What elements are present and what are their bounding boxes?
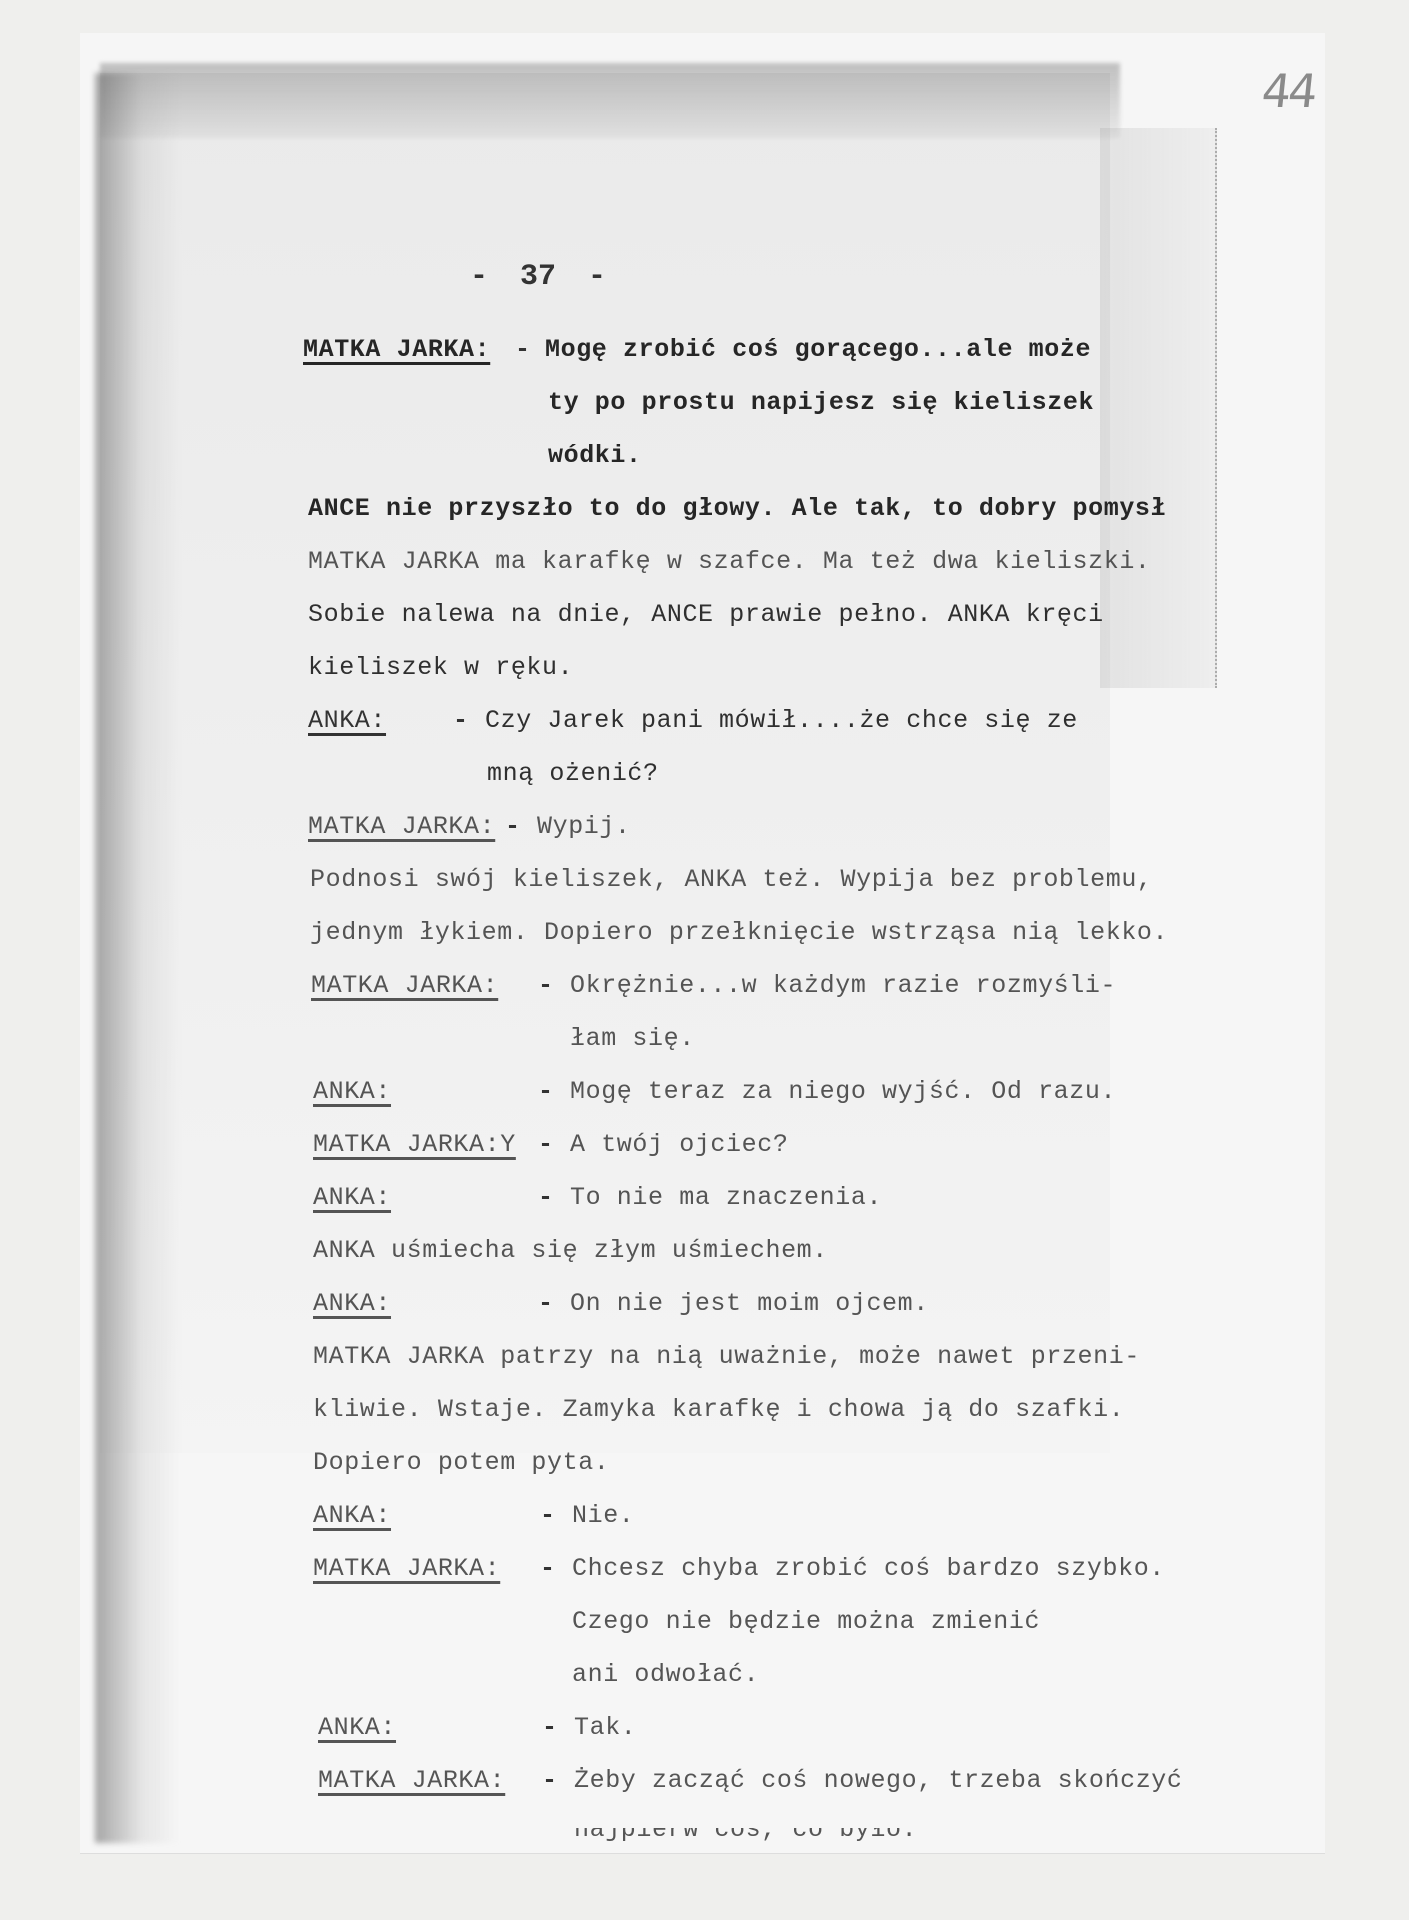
dialogue-dash: - [538, 971, 553, 1000]
speaker-label: MATKA JARKA: [308, 812, 495, 841]
photocopy-shadow-top [100, 63, 1120, 138]
photocopy-shadow-right [1100, 128, 1217, 688]
dialogue-line: Tak. [574, 1713, 636, 1742]
speaker-label: MATKA JARKA: [311, 971, 498, 1000]
typed-page-number: - 37 - [470, 260, 606, 294]
dialogue-line: ani odwołać. [572, 1660, 759, 1689]
speaker-label: ANKA: [308, 706, 386, 735]
dialogue-line: Żeby zacząć coś nowego, trzeba skończyć [574, 1766, 1183, 1795]
stage-direction: jednym łykiem. Dopiero przełknięcie wstr… [310, 918, 1168, 947]
photocopy-shadow-left [95, 73, 180, 1843]
dialogue-line: On nie jest moim ojcem. [570, 1289, 929, 1318]
speaker-label: ANKA: [313, 1289, 391, 1318]
dialogue-line: A twój ojciec? [570, 1130, 788, 1159]
dialogue-line: Mogę teraz za niego wyjść. Od razu. [570, 1077, 1116, 1106]
stage-direction: Dopiero potem pyta. [313, 1448, 609, 1477]
dialogue-dash: - [515, 335, 530, 364]
dialogue-line: mną ożenić? [487, 759, 659, 788]
speaker-label: MATKA JARKA:Y [313, 1130, 516, 1159]
dialogue-line: Chcesz chyba zrobić coś bardzo szybko. [572, 1554, 1165, 1583]
dialogue-dash: - [505, 812, 520, 841]
dialogue-line: Okrężnie...w każdym razie rozmyśli- [570, 971, 1116, 1000]
dialogue-dash: - [538, 1289, 553, 1318]
dialogue-dash: - [542, 1713, 557, 1742]
dialogue-line: Wypij. [537, 812, 631, 841]
archive-page-number: 44 [1259, 64, 1317, 118]
speaker-label: ANKA: [318, 1713, 396, 1742]
stage-direction: ANKA uśmiecha się złym uśmiechem. [313, 1236, 828, 1265]
dialogue-line: Czego nie będzie można zmienić [572, 1607, 1040, 1636]
dialogue-line: wódki. [548, 441, 642, 470]
speaker-label: ANKA: [313, 1183, 391, 1212]
dialogue-line: To nie ma znaczenia. [570, 1183, 882, 1212]
dialogue-line: Mogę zrobić coś gorącego...ale może [545, 335, 1091, 364]
speaker-label: MATKA JARKA: [318, 1766, 505, 1795]
dialogue-line: Nie. [572, 1501, 634, 1530]
stage-direction: kliwie. Wstaje. Zamyka karafkę i chowa j… [313, 1395, 1124, 1424]
speaker-label: ANKA: [313, 1077, 391, 1106]
speaker-label: MATKA JARKA: [313, 1554, 500, 1583]
stage-direction: Sobie nalewa na dnie, ANCE prawie pełno.… [308, 600, 1104, 629]
stage-direction: Podnosi swój kieliszek, ANKA też. Wypija… [310, 865, 1153, 894]
dialogue-line: łam się. [570, 1024, 695, 1053]
stage-direction: kieliszek w ręku. [308, 653, 573, 682]
dialogue-dash: - [538, 1077, 553, 1106]
dialogue-dash: - [540, 1501, 555, 1530]
dialogue-dash: - [538, 1130, 553, 1159]
dialogue-dash: - [538, 1183, 553, 1212]
dialogue-dash: - [542, 1766, 557, 1795]
stage-direction: MATKA JARKA ma karafkę w szafce. Ma też … [308, 547, 1151, 576]
stage-direction: ANCE nie przyszło to do głowy. Ale tak, … [308, 494, 1166, 523]
dialogue-line: Czy Jarek pani mówił....że chce się ze [485, 706, 1078, 735]
dialogue-dash: - [540, 1554, 555, 1583]
stage-direction: MATKA JARKA patrzy na nią uważnie, może … [313, 1342, 1140, 1371]
dialogue-dash: - [453, 706, 468, 735]
speaker-label: ANKA: [313, 1501, 391, 1530]
speaker-label: MATKA JARKA: [303, 335, 490, 364]
dialogue-line: ty po prostu napijesz się kieliszek [548, 388, 1094, 417]
